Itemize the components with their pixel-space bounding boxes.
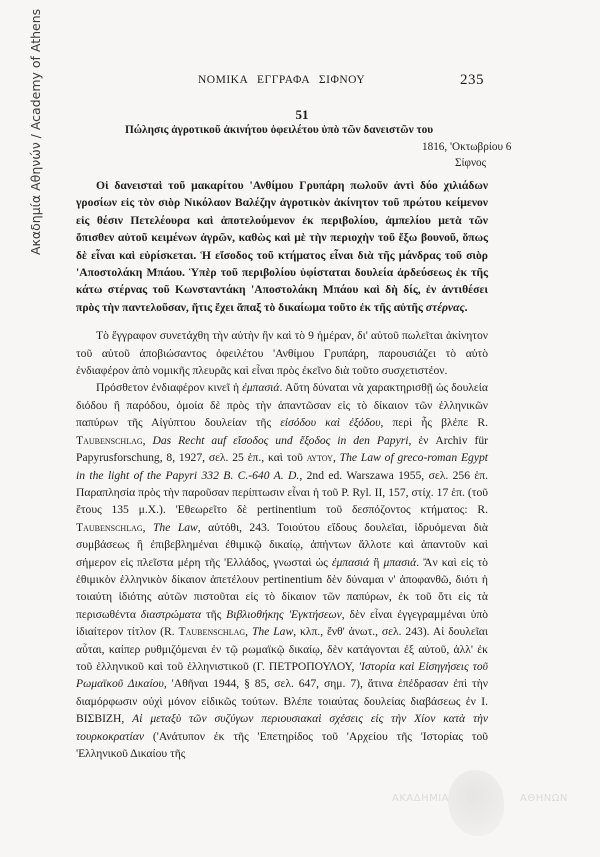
page-number: 235 bbox=[460, 72, 484, 89]
document-summary: Οἱ δανεισταὶ τοῦ μακαρίτου 'Ανθίμου Γρυπ… bbox=[76, 177, 488, 316]
document-title: Πώλησις ἀγροτικοῦ ἀκινήτου ὀφειλέτου ὑπὸ… bbox=[125, 124, 433, 136]
side-watermark: Ακαδημία Αθηνών / Academy of Athens bbox=[28, 9, 43, 255]
document-place: Σίφνος bbox=[455, 157, 486, 169]
seal-text-left: ΑΚΑΔΗΜΙΑ bbox=[392, 793, 449, 804]
document-number: 51 bbox=[0, 107, 600, 123]
academy-seal-watermark bbox=[448, 770, 504, 836]
commentary-paragraph-1: Τὸ ἔγγραφον συνετάχθη τὴν αὐτὴν ἣν καὶ τ… bbox=[76, 327, 488, 379]
body-text: Οἱ δανεισταὶ τοῦ μακαρίτου 'Ανθίμου Γρυπ… bbox=[76, 177, 488, 762]
commentary-paragraph-2: Πρόσθετον ἐνδιαφέρον κινεῖ ἡ ἐμπασιά. Αὕ… bbox=[76, 379, 488, 762]
seal-text-right: ΑΘΗΝΩΝ bbox=[520, 793, 568, 804]
document-date: 1816, 'Οκτωβρίου 6 bbox=[422, 141, 511, 153]
running-title: ΝΟΜΙΚΑ ΕΓΓΡΑΦΑ ΣΙΦΝΟΥ bbox=[198, 74, 365, 86]
